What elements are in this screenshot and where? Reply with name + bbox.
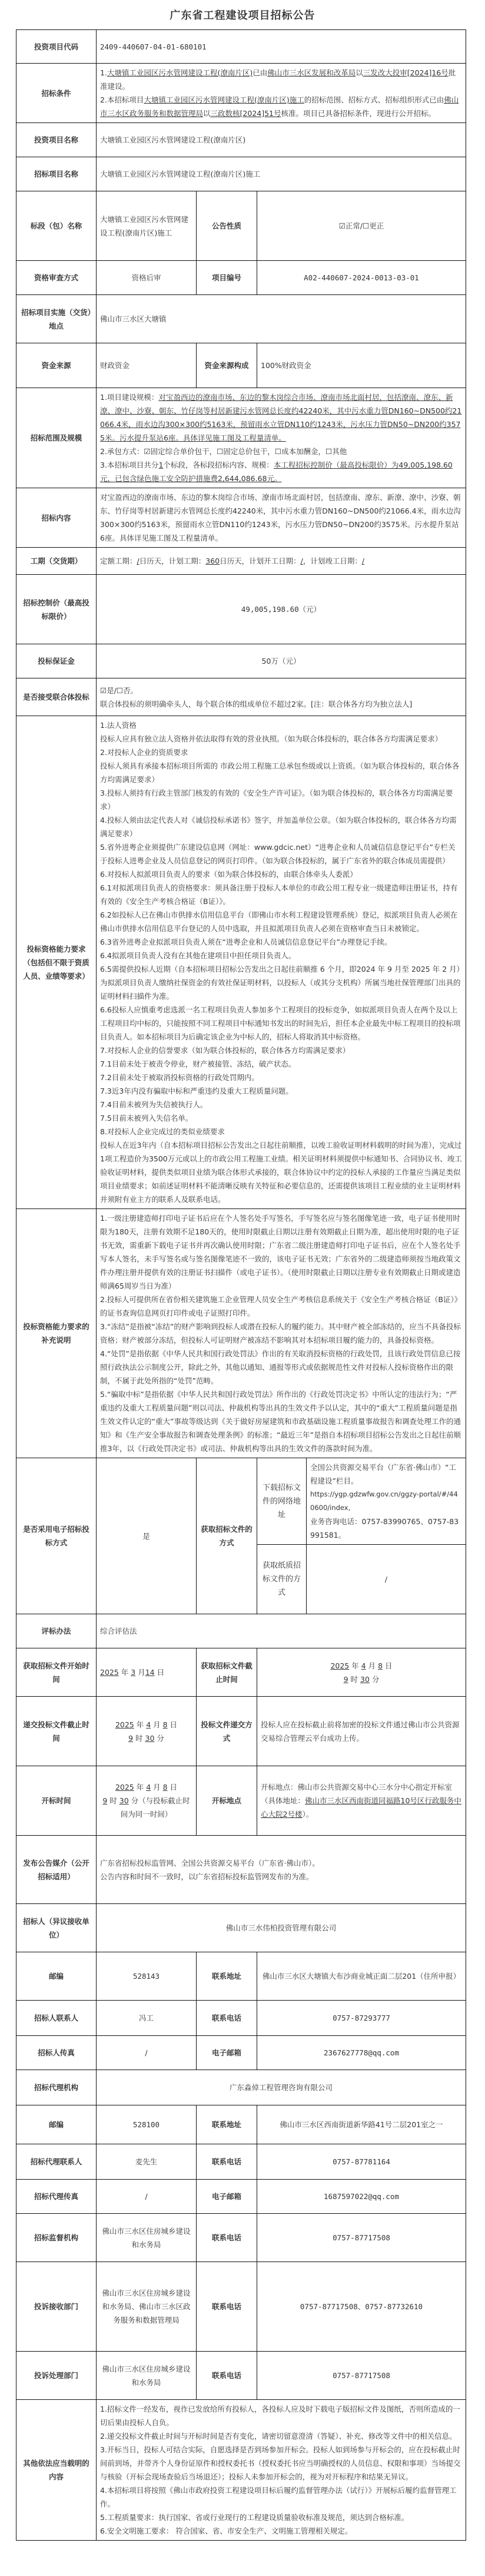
duration-label: 工期（交货期）: [16, 548, 97, 575]
row-location: 招标项目实施（交货）地点 佛山市三水区大塘镇: [16, 295, 466, 343]
investment-code-value: 2409-440607-04-01-680101: [97, 30, 466, 64]
text: 30: [145, 1734, 155, 1743]
row-content: 招标内容 对宝盈西边的潦南市场、东边的黎木岗综合市场、潦南市场北面村居，包括潦南…: [16, 488, 466, 548]
agency-phone-value: 0757-87781164: [257, 2144, 466, 2180]
tenderer-addr-value: 佛山市三水区大塘镇大布沙商业城正面二层201（住所申报）: [257, 1952, 466, 2001]
opening-value: 2025 年 4 月 8 日 9 时 30 分（与投标截止时间为同一时间）: [97, 1766, 197, 1836]
tenderer-value: 佛山市三水伟柏投资管理有限公司: [97, 1904, 466, 1952]
tenderer-post-value: 528143: [97, 1952, 197, 2001]
row-submit: 递交投标文件截止时间 2025 年 4 月 8 日 9 时 30 分 投标文件递…: [16, 1697, 466, 1766]
text: 已由: [253, 68, 267, 77]
paper-value: /: [307, 1545, 466, 1614]
agency-email-label: 电子邮箱: [197, 2180, 257, 2214]
requirements-value: 1.法人资格 投标人应具有独立法人资格并依法取得有效的营业执照。（如为联合体投标…: [97, 716, 466, 1209]
text: 1.: [100, 68, 107, 77]
supplement-value: 1.一级注册建造师打印电子证书后应在个人签名处手写签名，手写签名应与签名图像笔迹…: [97, 1209, 466, 1458]
complaint-receive-phone-value: 0757-87717508、0757-87732610: [257, 2262, 466, 2352]
control-price-label: 招标控制价（最高投标限价）: [16, 575, 97, 644]
supplement-item: 4.“处罚”是指依据《中华人民共和国行政处罚法》作出的有关取消投标资格的行政处罚…: [100, 1347, 462, 1388]
other-label: 其他依法应当载明的内容: [16, 2400, 97, 2541]
row-control-price: 招标控制价（最高投标限价） 49,005,198.60（元）: [16, 575, 466, 644]
funding-value: 财政资金: [97, 343, 197, 388]
text: 1.项目建设规模：: [100, 393, 158, 402]
requirement-item: 6.3省外进粤企业拟派项目负责人须在“进粤企业和人员诚信信息登记平台”办理登记手…: [100, 935, 462, 949]
requirement-item: 投标人须具有承接本招标项目所需的 市政公用工程施工总承包叁级或以上资质。（如为联…: [100, 759, 462, 786]
funding-composition-value: 100%财政资金: [257, 343, 466, 388]
supplement-label: 投标资格能力要求的补充说明: [16, 1209, 97, 1458]
tenderer-post-label: 邮编: [16, 1952, 97, 2001]
requirement-item: 3.投标人须持有行政主管部门核发的有效的《安全生产许可证》。（如为联合体投标的，…: [100, 786, 462, 813]
row-media: 发布公告媒介（公开招标适用） 广东省招标投标监管网、全国公共资源交易平台（广东省…: [16, 1836, 466, 1904]
requirement-item: 1.法人资格: [100, 719, 462, 732]
row-evaluation: 评标办法 综合评估法: [16, 1614, 466, 1648]
submit-value: 2025 年 4 月 8 日 9 时 30 分: [97, 1697, 197, 1766]
opening-label: 开标时间: [16, 1766, 97, 1836]
text: ）。: [302, 1810, 313, 1819]
other-item: 4.本招标项目将按照《佛山市政府投资工程建设项目标后履约监督管理办法（试行）》开…: [100, 2484, 462, 2511]
consult-phone: 业务咨询电话：0757-83990765、0757-83991581。: [310, 1515, 462, 1542]
consortium-label: 是否接受联合体投标: [16, 678, 97, 716]
media-line: 公告内容和时间不一致时，以广东省招标投标监管网发布的为准。: [100, 1870, 462, 1883]
project-code-value: A02-440607-2024-0013-03-01: [257, 261, 466, 295]
obtain-start-label: 获取招标文件开始时间: [16, 1648, 97, 1697]
tenderer-fax-value: /: [97, 2036, 197, 2070]
consortium-note: 联合体投标的须明确牵头人，每个联合体的组成单位不超过2家。[注：联合体各方均为独…: [100, 697, 462, 711]
text: 14: [145, 1668, 155, 1677]
evaluation-label: 评标办法: [16, 1614, 97, 1648]
deposit-value: 50万（元）: [97, 644, 466, 678]
supervisor-phone-value: 0757-87717508: [257, 2214, 466, 2262]
agency-fax-value: /: [97, 2180, 197, 2214]
tender-name-label: 招标项目名称: [16, 157, 97, 191]
tender-name-value: 大塘镇工业园区污水管网建设工程(潦南片区)施工: [97, 157, 466, 191]
text: ，计划竣工日期：: [303, 557, 362, 565]
requirement-item: 5.省外进粤企业须提供广东建设信息网（网址：www.gdcic.net）“进粤企…: [100, 840, 462, 868]
requirement-item: 4.投标人须由法定代表人对《诚信投标承诺书》签字，并加盖单位公章。（如为联合体投…: [100, 813, 462, 840]
text: 4: [146, 1720, 151, 1729]
other-item: 1.招标文件一经发布，视作已发放给所有投标人，各投标人应及时下载电子版招标文件及…: [100, 2402, 462, 2429]
agency-fax-label: 招标代理传真: [16, 2180, 97, 2214]
other-item: 6.安全文明施工要求： 符合国家、省、市安全生产、文明施工管理相关规定。: [100, 2524, 462, 2538]
nature-value: ☑正常/☐更正: [257, 191, 466, 261]
text: 2025: [115, 1720, 134, 1729]
notice-table: 投资项目代码 2409-440607-04-01-680101 招标条件 1.大…: [16, 29, 466, 2541]
tenderer-contact-value: 冯工: [97, 2001, 197, 2036]
scope-label: 招标范围及规模: [16, 388, 97, 488]
qualification-label: 资格审查方式: [16, 261, 97, 295]
row-complaint-receive: 投诉接收部门 佛山市三水区住房城乡建设和水务局、佛山市三水区政务服务和数据管理局…: [16, 2262, 466, 2352]
submit-label: 递交投标文件截止时间: [16, 1697, 97, 1766]
media-value: 广东省招标投标监管网、全国公共资源交易平台（广东省·佛山市）。 公告内容和时间不…: [97, 1836, 466, 1904]
duration-value: 定额工期：/日历天，计划工期：360日历天，计划开工日期：/，计划竣工日期：/: [97, 548, 466, 575]
complaint-handle-phone-value: 0757-87717508: [257, 2352, 466, 2400]
other-item: 2.递交投标文件截止时间与开标时间是否有变化，请密切留意澄清（答疑）、补充、修改…: [100, 2429, 462, 2443]
submit-method-value: 投标人应在投标截止前将加密的投标文件通过佛山市公共资源交易综合管理云平台成功上传…: [257, 1697, 466, 1766]
text: 2025: [100, 1668, 119, 1677]
tenderer-contact-label: 招标人联系人: [16, 2001, 97, 2036]
notice-page: 广东省工程建设项目招标公告 投资项目代码 2409-440607-04-01-6…: [0, 0, 485, 2576]
text: 的招标范围、招标方式、招标组织形式已由: [304, 95, 444, 104]
requirement-item: 2.对投标人企业的资质要求: [100, 746, 462, 759]
other-value: 1.招标文件一经发布，视作已发放给所有投标人，各投标人应及时下载电子版招标文件及…: [97, 2400, 466, 2541]
opening-place-label: 开标地点: [197, 1766, 257, 1836]
supervisor-phone-label: 联系电话: [197, 2214, 257, 2262]
text: 大塘镇工业园区污水管网建设工程(潦南片区): [107, 68, 253, 77]
scope-value: 1.项目建设规模：对宝盈西边的潦南市场、东边的黎木岗综合市场、潦南市场北面村居，…: [97, 388, 466, 488]
requirement-item: 7.2目前未处于被取消投标资格的行政处罚期内。: [100, 1071, 462, 1084]
location-label: 招标项目实施（交货）地点: [16, 295, 97, 343]
evaluation-value: 综合评估法: [97, 1614, 466, 1648]
investment-name-label: 投资项目名称: [16, 123, 97, 157]
row-tender-name: 招标项目名称 大塘镇工业园区污水管网建设工程(潦南片区)施工: [16, 157, 466, 191]
agency-value: 广东淼倬工程管理咨询有限公司: [97, 2070, 466, 2105]
row-agency-post: 邮编 528100 联系地址 佛山市三水区西南街道新华路41号二层201室之一: [16, 2105, 466, 2144]
investment-code-label: 投资项目代码: [16, 30, 97, 64]
qualification-value: 资格后审: [97, 261, 197, 295]
row-agency-contact: 招标代理联系人 麦先生 联系电话 0757-87781164: [16, 2144, 466, 2180]
media-line: 广东省招标投标监管网、全国公共资源交易平台（广东省·佛山市）。: [100, 1856, 462, 1870]
text: 9: [344, 1675, 348, 1684]
complaint-receive-value: 佛山市三水区住房城乡建设和水务局、佛山市三水区政务服务和数据管理局: [97, 2262, 197, 2352]
requirement-item: 6.5需提供投标人近期（自本招标项目招标公告发出之日起往前顺推 6 个月，即20…: [100, 962, 462, 1003]
row-agency-fax: 招标代理传真 / 电子邮箱 1687597022@qq.com: [16, 2180, 466, 2214]
complaint-receive-label: 投诉接收部门: [16, 2262, 97, 2352]
requirement-item: 6.6投标人应慎重考虑选派一名工程项目负责人参加多个工程项目的投标竞争，如拟派项…: [100, 1003, 462, 1044]
requirement-item: 7.3近3年内没有骗取中标和严重违约及重大工程质量问题。: [100, 1084, 462, 1098]
download-label: 下载招标文件的网络地址: [257, 1458, 307, 1545]
text: 8: [378, 1661, 383, 1670]
row-tenderer-contact: 招标人联系人 冯工 联系电话 0757-87293777: [16, 2001, 466, 2036]
tenderer-phone-value: 0757-87293777: [257, 2001, 466, 2036]
row-other: 其他依法应当载明的内容 1.招标文件一经发布，视作已发放给所有投标人，各投标人应…: [16, 2400, 466, 2541]
agency-contact-value: 麦先生: [97, 2144, 197, 2180]
text: 日历天，计划开工日期：: [220, 557, 301, 565]
text: 大塘镇工业园区污水管网建设工程(潦南片区)施工: [144, 95, 304, 104]
paper-label: 获取纸质招标文件的方式: [257, 1545, 307, 1614]
section-label: 标段（包）名称: [16, 191, 97, 261]
requirement-item: 投标人应具有独立法人资格并依法取得有效的营业执照。（如为联合体投标的，联合体各方…: [100, 732, 462, 746]
download-platform: 全国公共资源交易平台（广东省·佛山市）“工程建设”栏目。: [310, 1461, 462, 1488]
requirement-item: 投标人在近3年内（自本招标项目招标公告发出之日起往前顺推，以竣工验收证明材料载明…: [100, 1138, 462, 1206]
text: 三政数核[2024]51号: [211, 109, 281, 118]
complaint-receive-phone-label: 联系电话: [197, 2262, 257, 2352]
section-value: 大塘镇工业园区污水管网建设工程(潦南片区)施工: [97, 191, 197, 261]
requirement-item: 6.1对拟派项目负责人的资格要求：须具备注册于投标人本单位的市政公用工程专业一级…: [100, 881, 462, 908]
supplement-item: 2.投标人可提供所在省份相关建筑施工企业管理人员安全生产考核信息系统关于《安全生…: [100, 1293, 462, 1320]
text: 核准。项目已具备招标条件，现进行公开招标。: [281, 109, 436, 118]
row-deposit: 投标保证金 50万（元）: [16, 644, 466, 678]
contract-type: 2.承包方式：☑固定综合单价包干，☐固定总价包干，☐成本加酬金，☐其他: [100, 445, 462, 458]
row-scope: 招标范围及规模 1.项目建设规模：对宝盈西边的潦南市场、东边的黎木岗综合市场、潦…: [16, 388, 466, 488]
tenderer-fax-label: 招标人传真: [16, 2036, 97, 2070]
row-duration: 工期（交货期） 定额工期：/日历天，计划工期：360日历天，计划开工日期：/，计…: [16, 548, 466, 575]
submit-method-label: 投标文件递交方式: [197, 1697, 257, 1766]
supplement-item: 1.一级注册建造师打印电子证书后应在个人签名处手写签名，手写签名应与签名图像笔迹…: [100, 1211, 462, 1293]
supervisor-value: 佛山市三水区住房城乡建设和水务局: [97, 2214, 197, 2262]
text: /: [362, 557, 364, 565]
row-section: 标段（包）名称 大塘镇工业园区污水管网建设工程(潦南片区)施工 公告性质 ☑正常…: [16, 191, 466, 261]
text: （与投标截止时间为同一时间）: [121, 1796, 190, 1819]
tenderer-label: 招标人（异议接收单位）: [16, 1904, 97, 1952]
text: 3: [131, 1668, 135, 1677]
requirements-label: 投标资格能力要求（包括但不限于资质人员、业绩等要求）: [16, 716, 97, 1209]
location-value: 佛山市三水区大塘镇: [97, 295, 466, 343]
obtain-end-value: 2025 年 4 月 8 日 9 时 30 分: [257, 1648, 466, 1697]
requirement-item: 6.4拟派项目负责人没有在其他在建项目中担任项目负责人。: [100, 949, 462, 962]
text: 佛山市三水区发展和改革局: [267, 68, 356, 77]
row-tenderer: 招标人（异议接收单位） 佛山市三水伟柏投资管理有限公司: [16, 1904, 466, 1952]
download-link[interactable]: https://ygp.gdzwfw.gov.cn/ggzy-portal/#/…: [310, 1488, 462, 1515]
requirement-item: 8.对投标人企业完成过的类似业绩要求: [100, 1125, 462, 1138]
text: 日历天，计划工期：: [139, 557, 206, 565]
control-price-value: 49,005,198.60（元）: [97, 575, 466, 644]
agency-post-value: 528100: [97, 2105, 197, 2144]
row-investment-code: 投资项目代码 2409-440607-04-01-680101: [16, 30, 466, 64]
nature-label: 公告性质: [197, 191, 257, 261]
text: 30: [119, 1796, 129, 1805]
row-obtain-time: 获取招标文件开始时间 2025 年 3 月14 日 获取招标文件截止时间 202…: [16, 1648, 466, 1697]
text: 定额工期：: [100, 557, 137, 565]
text: 4: [146, 1783, 151, 1792]
complaint-handle-phone-label: 联系电话: [197, 2352, 257, 2400]
consortium-value: ☑是/☐否。 联合体投标的须明确牵头人，每个联合体的组成单位不超过2家。[注：联…: [97, 678, 466, 716]
text: 以: [203, 109, 211, 118]
supplement-item: 3.“冻结”是指被“冻结”的财产影响到投标人或潜在投标人的履约能力。其中财产被全…: [100, 1320, 462, 1347]
requirement-item: 7.5目前未被列入失信名单。: [100, 1111, 462, 1125]
supplement-item: 5.“骗取中标”是指依据《中华人民共和国行政处罚法》所作出的《行政处罚决定书》中…: [100, 1388, 462, 1455]
tenderer-email-value[interactable]: 2367627778@qq.com: [257, 2036, 466, 2070]
agency-addr-label: 联系地址: [197, 2105, 257, 2144]
text: 3.本招标项目共分: [100, 461, 158, 469]
complaint-handle-label: 投诉处理部门: [16, 2352, 97, 2400]
row-tenderer-fax: 招标人传真 / 电子邮箱 2367627778@qq.com: [16, 2036, 466, 2070]
complaint-handle-value: 佛山市三水区住房城乡建设和水务局: [97, 2352, 197, 2400]
content-value: 对宝盈西边的潦南市场、东边的黎木岗综合市场、潦南市场北面村居，包括潦南、潦东、新…: [97, 488, 466, 548]
conditions-label: 招标条件: [16, 64, 97, 123]
download-value: 全国公共资源交易平台（广东省·佛山市）“工程建设”栏目。 https://ygp…: [307, 1458, 466, 1545]
row-agency: 招标代理机构 广东淼倬工程管理咨询有限公司: [16, 2070, 466, 2105]
agency-email-value[interactable]: 1687597022@qq.com: [257, 2180, 466, 2214]
agency-post-label: 邮编: [16, 2105, 97, 2144]
row-supplement: 投标资格能力要求的补充说明 1.一级注册建造师打印电子证书后应在个人签名处手写签…: [16, 1209, 466, 1458]
row-funding: 资金来源 财政资金 资金来源构成 100%财政资金: [16, 343, 466, 388]
other-item: 3.开标当日，投标人可结合实际，自愿选择是否到场参加开标会。投标人如到场参与开标…: [100, 2443, 462, 2484]
row-requirements: 投标资格能力要求（包括但不限于资质人员、业绩等要求） 1.法人资格 投标人应具有…: [16, 716, 466, 1209]
agency-phone-label: 联系电话: [197, 2144, 257, 2180]
requirement-item: 7.4目前未被列为失信被执行人。: [100, 1098, 462, 1111]
media-label: 发布公告媒介（公开招标适用）: [16, 1836, 97, 1904]
text: 9: [102, 1796, 107, 1805]
tenderer-phone-label: 联系电话: [197, 2001, 257, 2036]
content-label: 招标内容: [16, 488, 97, 548]
consortium-choice: ☑是/☐否。: [100, 684, 462, 697]
row-tenderer-post: 邮编 528143 联系地址 佛山市三水区大塘镇大布沙商业城正面二层201（住所…: [16, 1952, 466, 2001]
requirement-item: 6.2如投标人已在佛山市供排水信用信息平台（即佛山市水利工程建设管理系统）登记，…: [100, 908, 462, 935]
funding-label: 资金来源: [16, 343, 97, 388]
text: 个标段，各标段招标内容、规模：: [163, 461, 274, 469]
row-electronic: 是否采用电子招标投标方式 是 获取招标文件的方式 下载招标文件的网络地址 全国公…: [16, 1458, 466, 1545]
text: 2025: [330, 1661, 349, 1670]
text: 三发改大投审[2024]16号: [363, 68, 449, 77]
row-conditions: 招标条件 1.大塘镇工业园区污水管网建设工程(潦南片区)已由佛山市三水区发展和改…: [16, 64, 466, 123]
electronic-value: 是: [97, 1458, 197, 1614]
obtain-method-label: 获取招标文件的方式: [197, 1458, 257, 1614]
supervisor-label: 招标监督机构: [16, 2214, 97, 2262]
obtain-end-label: 获取招标文件截止时间: [197, 1648, 257, 1697]
agency-label: 招标代理机构: [16, 2070, 97, 2105]
requirement-item: 6.对投标人拟派项目负责人的要求（如为联合体投标的，由联合体牵头人委派）: [100, 868, 462, 881]
opening-place-value: 开标地点：佛山市公共资源交易中心三水分中心指定开标室（具体地址：佛山市三水区西南…: [257, 1766, 466, 1836]
text: 9: [128, 1734, 133, 1743]
deposit-label: 投标保证金: [16, 644, 97, 678]
row-investment-name: 投资项目名称 大塘镇工业园区污水管网建设工程(潦南片区): [16, 123, 466, 157]
text: 4: [361, 1661, 366, 1670]
row-supervisor: 招标监督机构 佛山市三水区住房城乡建设和水务局 联系电话 0757-877175…: [16, 2214, 466, 2262]
funding-composition-label: 资金来源构成: [197, 343, 257, 388]
row-complaint-handle: 投诉处理部门 佛山市三水区住房城乡建设和水务局 联系电话 0757-877175…: [16, 2352, 466, 2400]
text: 2025: [115, 1783, 134, 1792]
text: 30: [360, 1675, 370, 1684]
row-qualification: 资格审查方式 资格后审 项目编号 A02-440607-2024-0013-03…: [16, 261, 466, 295]
row-opening: 开标时间 2025 年 4 月 8 日 9 时 30 分（与投标截止时间为同一时…: [16, 1766, 466, 1836]
text: 8: [163, 1720, 168, 1729]
tenderer-addr-label: 联系地址: [197, 1952, 257, 2001]
text: 8: [163, 1783, 168, 1792]
requirement-item: 7.对投标人企业的信誉要求（如为联合体投标的，联合体各方均需满足要求）: [100, 1044, 462, 1057]
project-code-label: 项目编号: [197, 261, 257, 295]
other-item: 5.工程质量要求：执行国家、省或行业现行的工程建设质量验收标准及规范，须达到合格…: [100, 2511, 462, 2524]
investment-name-value: 大塘镇工业园区污水管网建设工程(潦南片区): [97, 123, 466, 157]
text: 以: [356, 68, 363, 77]
obtain-start-value: 2025 年 3 月14 日: [97, 1648, 197, 1697]
conditions-value: 1.大塘镇工业园区污水管网建设工程(潦南片区)已由佛山市三水区发展和改革局以三发…: [97, 64, 466, 123]
tenderer-email-label: 电子邮箱: [197, 2036, 257, 2070]
agency-addr-value: 佛山市三水区西南街道新华路41号二层201室之一: [257, 2105, 466, 2144]
electronic-label: 是否采用电子招标投标方式: [16, 1458, 97, 1614]
text: 360: [205, 557, 220, 565]
text: 2.本招标项目: [100, 95, 144, 104]
row-consortium: 是否接受联合体投标 ☑是/☐否。 联合体投标的须明确牵头人，每个联合体的组成单位…: [16, 678, 466, 716]
agency-contact-label: 招标代理联系人: [16, 2144, 97, 2180]
requirement-item: 7.1目前未处于被责令停业，财产被接管、冻结，破产状态。: [100, 1057, 462, 1071]
page-title: 广东省工程建设项目招标公告: [0, 8, 485, 24]
